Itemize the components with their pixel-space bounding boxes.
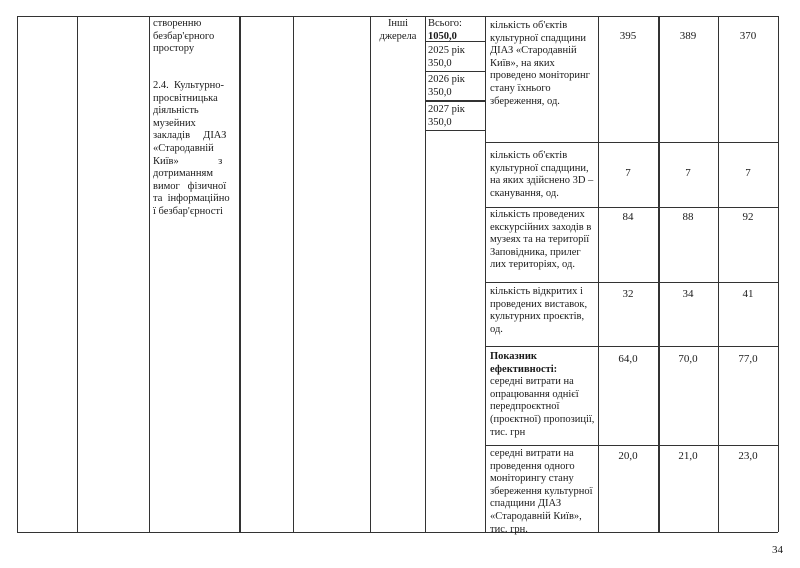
column-border: [370, 16, 371, 532]
funding-year-label: 2025 рік: [428, 45, 482, 58]
row-border: [485, 346, 778, 347]
indicator-description: кількість об'єктів культурної спадщини, …: [490, 150, 593, 199]
task-title-line: та інформаційно: [153, 193, 237, 206]
indicator-value: 7: [718, 167, 778, 179]
funding-year-value: 350,0: [428, 87, 482, 100]
column-border: [293, 16, 294, 532]
page-number: 34: [772, 544, 783, 556]
indicator-heading: Показник ефективності:: [490, 351, 596, 376]
funding-year-value: 350,0: [428, 58, 482, 71]
table-top-border: [17, 16, 778, 17]
indicator-value: 389: [658, 30, 718, 42]
indicator-value: 20,0: [598, 450, 658, 462]
indicator-value: 70,0: [658, 353, 718, 365]
indicator-text: кількість проведених екскурсійних заході…: [490, 209, 596, 272]
task-title-line: закладів ДІАЗ: [153, 130, 237, 143]
task-title-line: ї безбар'єрності: [153, 206, 237, 219]
funding-total-label: Всього:: [428, 18, 482, 31]
indicator-value: 7: [598, 167, 658, 179]
funding-year-label: 2027 рік: [428, 104, 482, 117]
indicator-text: кількість об'єктів культурної спадщини, …: [490, 150, 596, 200]
indicator-value: 34: [658, 288, 718, 300]
row-border: [485, 282, 778, 283]
indicator-description: кількість проведених екскурсійних заході…: [490, 209, 591, 270]
funding-source: Інші джерела: [371, 18, 425, 43]
indicator-value: 21,0: [658, 450, 718, 462]
column-border: [239, 16, 241, 532]
table-bottom-border: [17, 532, 778, 533]
indicator-text: кількість відкритих і проведених виставо…: [490, 286, 596, 336]
task-title-line: Київ» з: [153, 156, 237, 169]
column-border: [77, 16, 78, 532]
task-title-line: просвітницька: [153, 93, 237, 106]
task-title-line: дотриманням: [153, 168, 237, 181]
indicator-value: 370: [718, 30, 778, 42]
indicator-value: 84: [598, 211, 658, 223]
indicator-value: 7: [658, 167, 718, 179]
indicator-value: 41: [718, 288, 778, 300]
task-title-line: вимог фізичної: [153, 181, 237, 194]
indicator-text: Показник ефективності:середні витрати на…: [490, 351, 596, 439]
task-item-title: 2.4. Культурно-просвітницькадіяльністьму…: [153, 80, 237, 219]
indicator-text: кількість об'єктів культурної спадщини Д…: [490, 20, 596, 108]
funding-year-2025: 2025 рік 350,0: [425, 43, 485, 72]
indicator-description: середні витрати на проведення одного мон…: [490, 448, 593, 535]
indicator-value: 77,0: [718, 353, 778, 365]
task-title-line: діяльність: [153, 105, 237, 118]
task-previous-text: створенню безбар'єрного простору: [153, 18, 237, 56]
funding-year-2026: 2026 рік 350,0: [425, 72, 485, 101]
indicator-value: 88: [658, 211, 718, 223]
indicator-text: середні витрати на проведення одного мон…: [490, 448, 596, 536]
indicator-value: 92: [718, 211, 778, 223]
indicator-value: 64,0: [598, 353, 658, 365]
column-border: [17, 16, 18, 532]
row-border: [485, 445, 778, 446]
column-border: [149, 16, 150, 532]
funding-total-value: 1050,0: [428, 31, 482, 44]
task-title-line: 2.4. Культурно-: [153, 80, 237, 93]
task-title-line: «Стародавній: [153, 143, 237, 156]
indicator-value: 23,0: [718, 450, 778, 462]
indicator-description: кількість відкритих і проведених виставо…: [490, 286, 587, 335]
row-border: [485, 142, 778, 143]
document-page: створенню безбар'єрного простору 2.4. Ку…: [0, 0, 800, 568]
column-border: [778, 16, 779, 532]
funding-total: Всього: 1050,0: [425, 16, 485, 42]
funding-year-label: 2026 рік: [428, 74, 482, 87]
row-border: [485, 207, 778, 208]
task-title-line: музейних: [153, 118, 237, 131]
funding-year-value: 350,0: [428, 117, 482, 130]
indicator-description: кількість об'єктів культурної спадщини Д…: [490, 20, 590, 107]
indicator-description: середні витрати на опрацювання однієї пе…: [490, 376, 594, 437]
column-border: [485, 16, 486, 532]
indicator-value: 395: [598, 30, 658, 42]
indicator-value: 32: [598, 288, 658, 300]
funding-year-2027: 2027 рік 350,0: [425, 101, 485, 131]
